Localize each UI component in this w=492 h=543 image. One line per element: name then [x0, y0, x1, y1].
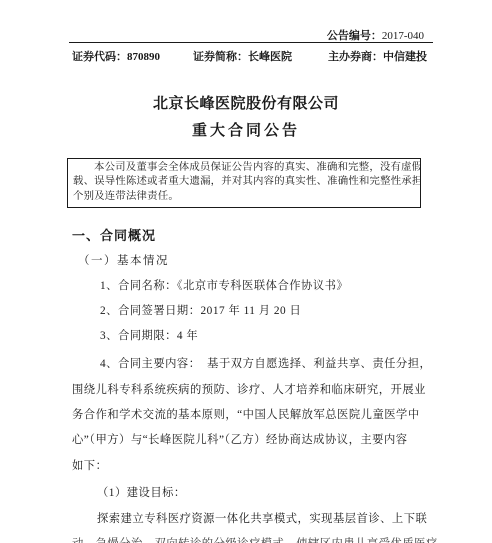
contract-sign-date-item: 2、合同签署日期：2017 年 11 月 20 日 — [100, 305, 301, 318]
contract-term-item: 3、合同期限：4 年 — [100, 330, 198, 343]
header-divider — [69, 42, 433, 43]
securities-name-label: 证券简称： — [193, 51, 248, 63]
sponsor-broker: 主办券商：中信建投 — [328, 51, 427, 64]
section-heading-contract-overview: 一、合同概况 — [72, 229, 156, 244]
construction-goal-line: 探索建立专科医疗资源一体化共享模式，实现基层首诊、上下联 — [97, 513, 427, 526]
disclaimer-line: 个别及连带法律责任。 — [68, 190, 420, 204]
company-title: 北京长峰医院股份有限公司 — [0, 92, 492, 113]
securities-name: 证券简称：长峰医院 — [193, 51, 292, 64]
contract-name-item: 1、合同名称：《北京市专科医联体合作协议书》 — [100, 280, 348, 293]
disclaimer-line: 载、误导性陈述或者重大遗漏，并对其内容的真实性、准确性和完整性承担 — [68, 175, 420, 189]
securities-code-label: 证券代码： — [72, 51, 127, 63]
sponsor-broker-value: 中信建投 — [383, 51, 427, 63]
announcement-title: 重大合同公告 — [0, 119, 492, 140]
subsection-heading-basic-info: （一）基本情况 — [78, 255, 169, 268]
disclaimer-line: 本公司及董事会全体成员保证公告内容的真实、准确和完整，没有虚假记 — [68, 159, 420, 175]
securities-code: 证券代码：870890 — [72, 51, 160, 64]
sponsor-broker-label: 主办券商： — [328, 51, 383, 63]
document-page: 公告编号：2017-040 证券代码：870890 证券简称：长峰医院 主办券商… — [0, 0, 492, 543]
announcement-number-label: 公告编号： — [327, 30, 382, 42]
contract-main-content-line: 围绕儿科专科系统疾病的预防、诊疗、人才培养和临床研究，开展业 — [72, 384, 426, 397]
securities-name-value: 长峰医院 — [248, 51, 292, 63]
disclaimer-box: 本公司及董事会全体成员保证公告内容的真实、准确和完整，没有虚假记 载、误导性陈述… — [67, 158, 421, 208]
announcement-number-row: 公告编号：2017-040 — [327, 27, 424, 43]
contract-main-content-line: 务合作和学术交流的基本原则，“中国人民解放军总医院儿童医学中 — [72, 409, 420, 422]
contract-main-content-line: 心”（甲方）与“长峰医院儿科”（乙方）经协商达成协议，主要内容 — [72, 434, 408, 447]
announcement-number-value: 2017-040 — [382, 30, 424, 42]
contract-main-content-line: 4、合同主要内容： 基于双方自愿选择、利益共享、责任分担， — [100, 358, 431, 371]
construction-goal-heading: （1）建设目标： — [97, 487, 186, 500]
securities-code-value: 870890 — [127, 51, 160, 63]
contract-main-content-line: 如下： — [72, 460, 107, 473]
construction-goal-line-partial: 动、急慢分治、双向转诊的分级诊疗模式，使辖区内患儿享受优质医疗 — [72, 538, 438, 543]
